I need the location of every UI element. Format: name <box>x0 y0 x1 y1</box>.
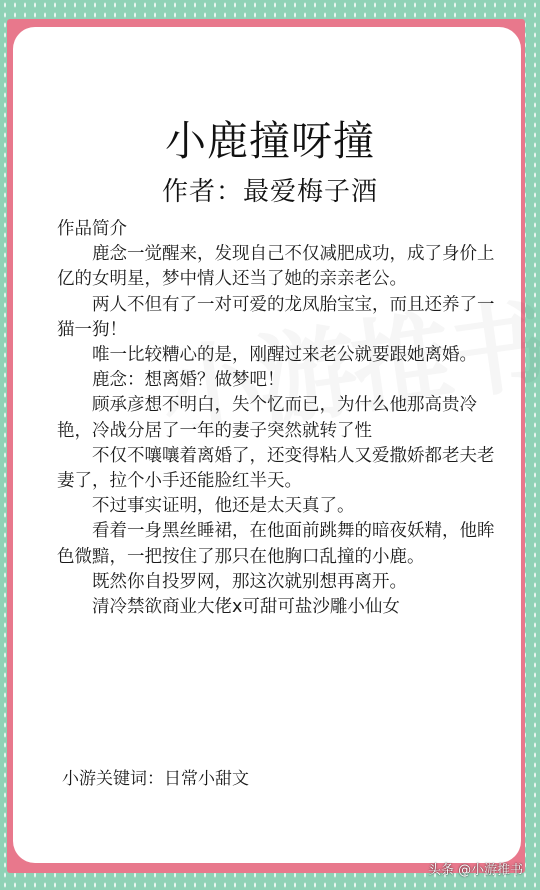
synopsis-label: 作品简介 <box>57 217 497 242</box>
synopsis-section: 作品简介 鹿念一觉醒来，发现自己不仅减肥成功，成了身价上亿的女明星，梦中情人还当… <box>57 217 497 620</box>
source-credit: 头条 @小游推书 <box>428 859 523 878</box>
keywords-label: 小游关键词： <box>62 769 164 789</box>
synopsis-paragraph: 看着一身黑丝睡裙，在他面前跳舞的暗夜妖精，他眸色微黯，一把按住了那只在他胸口乱撞… <box>57 519 497 569</box>
book-title: 小鹿撞呀撞 <box>0 108 540 167</box>
synopsis-paragraph: 鹿念：想离婚？做梦吧！ <box>57 368 497 393</box>
keywords-line: 小游关键词：日常小甜文 <box>62 764 249 789</box>
synopsis-paragraph: 顾承彦想不明白，失个忆而已，为什么他那高贵冷艳，冷战分居了一年的妻子突然就转了性 <box>57 393 497 443</box>
synopsis-paragraph: 不过事实证明，他还是太天真了。 <box>57 494 497 519</box>
synopsis-paragraph: 既然你自投罗网，那这次就别想再离开。 <box>57 570 497 595</box>
synopsis-paragraph: 两人不但有了一对可爱的龙凤胎宝宝，而且还养了一猫一狗！ <box>57 293 497 343</box>
synopsis-paragraph: 不仅不嚷嚷着离婚了，还变得粘人又爱撒娇都老夫老妻了，拉个小手还能脸红半天。 <box>57 444 497 494</box>
book-author: 作者：最爱梅子酒 <box>0 171 540 208</box>
synopsis-paragraph: 鹿念一觉醒来，发现自己不仅减肥成功，成了身价上亿的女明星，梦中情人还当了她的亲亲… <box>57 242 497 292</box>
synopsis-paragraph: 清冷禁欲商业大佬x可甜可盐沙雕小仙女 <box>57 595 497 620</box>
keywords-value: 日常小甜文 <box>164 769 249 789</box>
synopsis-paragraph: 唯一比较糟心的是，刚醒过来老公就要跟她离婚。 <box>57 343 497 368</box>
